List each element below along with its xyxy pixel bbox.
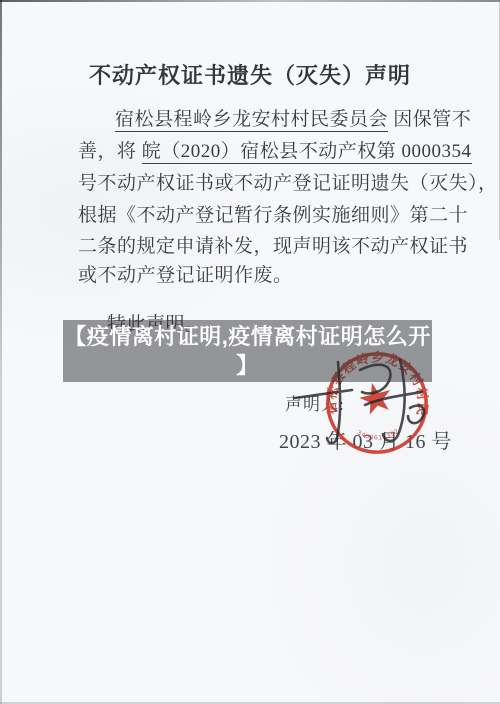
body-line: 二条的规定申请补发，现声明该不动产权证书 [78, 231, 468, 258]
scan-edge-top [0, 0, 500, 2]
body-line: 号不动产权证书或不动产登记证明遗失（灭失）， [78, 168, 498, 195]
body-line: 善，将 皖（2020）宿松县不动产权第 0000354 [78, 136, 472, 163]
document-title: 不动产权证书遗失（灭失）声明 [60, 59, 440, 90]
body-text: 号不动产权证书或不动产登记证明遗失（灭失）， [78, 173, 498, 194]
body-text: 二条的规定申请补发，现声明该不动产权证书 [78, 236, 468, 257]
watermark-text-line1: 【疫情离村证明,疫情离村证明怎么开 [63, 322, 432, 351]
watermark-text-line2: 】 [63, 351, 432, 380]
body-text: 善，将 [78, 141, 142, 162]
body-line: 宿松县程岭乡龙安村村民委员会 因保管不 [115, 104, 471, 131]
underlined-certificate-number: 皖（2020）宿松县不动产权第 0000354 [142, 141, 472, 164]
body-line: 根据《不动产登记暂行条例实施细则》第二十 [78, 200, 468, 227]
scan-edge-left [0, 0, 2, 704]
body-line: 或不动产登记证明作废。 [78, 260, 293, 287]
body-text: 根据《不动产登记暂行条例实施细则》第二十 [78, 205, 468, 226]
underlined-declarant-name: 宿松县程岭乡龙安村村民委员会 [115, 109, 388, 132]
body-text: 因保管不 [388, 109, 471, 130]
body-text: 或不动产登记证明作废。 [78, 265, 293, 286]
watermark-band: 【疫情离村证明,疫情离村证明怎么开 】 [63, 320, 432, 382]
